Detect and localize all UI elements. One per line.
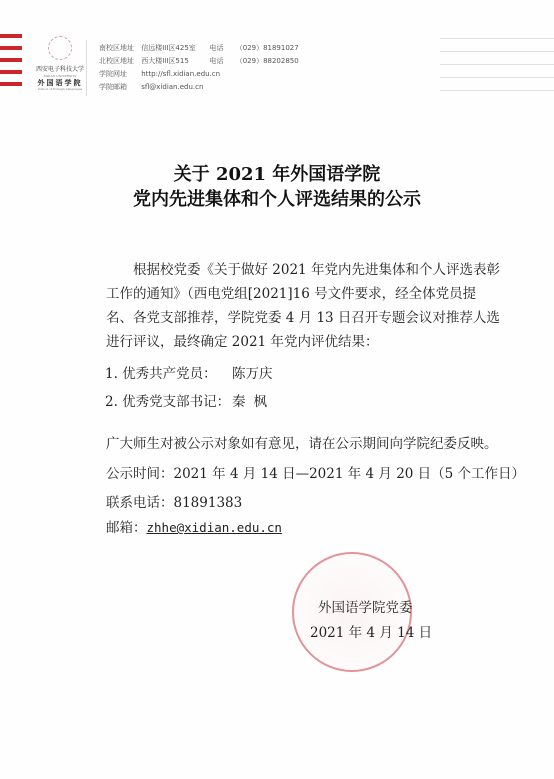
letterhead-red-stripes (0, 34, 22, 94)
signature-date: 2021 年 4 月 14 日 (310, 621, 432, 641)
contact-phone: 联系电话：81891383 (106, 491, 242, 511)
publicity-period: 公示时间：2021 年 4 月 14 日—2021 年 4 月 20 日（5 个… (106, 462, 525, 482)
body-paragraph: 根据校党委《关于做好 2021 年党内先进集体和个人评选表彰工作的通知》（西电党… (106, 258, 501, 354)
school-email-link[interactable]: sfl@xidian.edu.cn (141, 81, 203, 94)
document-title-line2: 党内先进集体和个人评选结果的公示 (0, 185, 554, 211)
letterhead-divider (86, 40, 87, 96)
award-item-1-name: 陈万庆 (232, 362, 273, 382)
feedback-notice: 广大师生对被公示对象如有意见，请在公示期间向学院纪委反映。 (106, 432, 498, 452)
contact-email: 邮箱：zhhe@xidian.edu.cn (106, 516, 282, 536)
contact-row-south-campus: 南校区地址 信远楼III区425室 电话 （029）81891027 (99, 42, 299, 55)
award-item-2-name: 秦枫 (232, 390, 275, 410)
university-logo: 西安电子科技大学 XIDIAN UNIVERSITY 外国语学院 School … (32, 36, 88, 94)
award-item-2-label: 2. 优秀党支部书记： (105, 390, 230, 410)
signature-org: 外国语学院党委 (318, 596, 413, 616)
letterhead-right-lines (440, 38, 554, 103)
contact-row-north-campus: 北校区地址 西大楼III区515 电话 （029）88202850 (99, 55, 299, 68)
email-link[interactable]: zhhe@xidian.edu.cn (147, 520, 282, 535)
document-title-line1: 关于 2021 年外国语学院 (0, 160, 554, 186)
emblem-icon (48, 36, 72, 60)
letterhead-contacts: 南校区地址 信远楼III区425室 电话 （029）81891027 北校区地址… (99, 42, 299, 94)
document-page: 西安电子科技大学 XIDIAN UNIVERSITY 外国语学院 School … (0, 0, 554, 779)
contact-row-website: 学院网址 http://sfl.xidian.edu.cn (99, 68, 299, 81)
award-item-1-label: 1. 优秀共产党员： (105, 362, 217, 382)
website-link[interactable]: http://sfl.xidian.edu.cn (141, 68, 220, 81)
contact-row-email: 学院邮箱 sfl@xidian.edu.cn (99, 81, 299, 94)
